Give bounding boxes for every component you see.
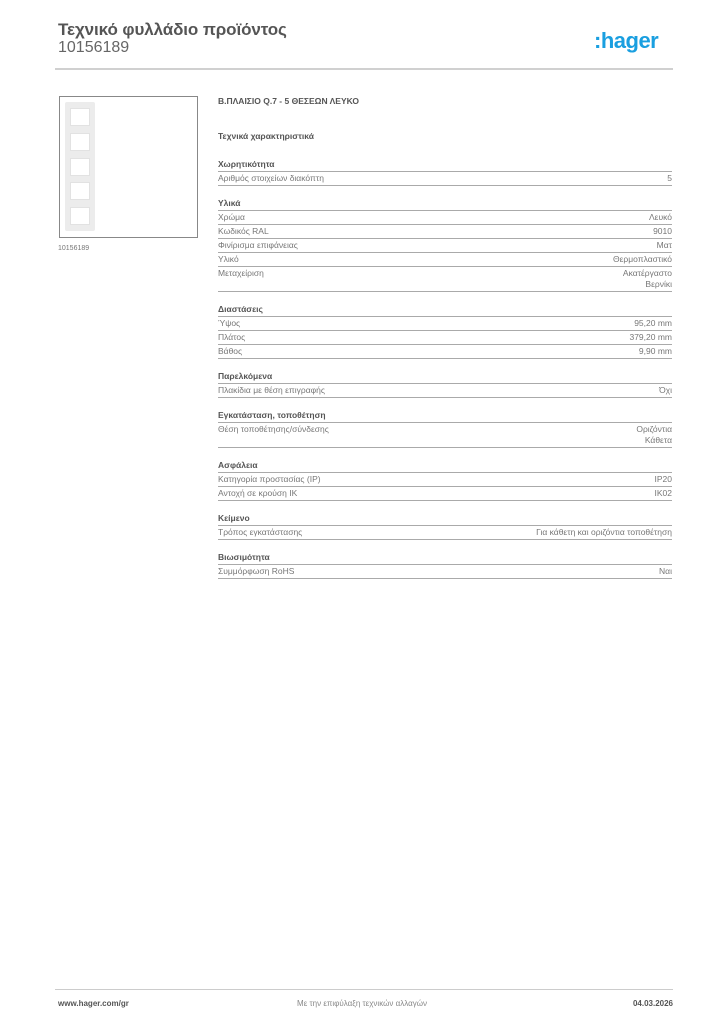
section-title: Υλικά: [218, 198, 672, 211]
image-caption: 10156189: [58, 245, 89, 252]
frame-slot: [70, 182, 90, 200]
footer-divider: [55, 989, 673, 990]
spec-label: Φινίρισμα επιφάνειας: [218, 240, 657, 251]
frame-slot: [70, 158, 90, 176]
spec-value: Θερμοπλαστικό: [613, 254, 672, 265]
spec-value: IP20: [655, 474, 673, 485]
spec-label: Βάθος: [218, 346, 639, 357]
product-image: [59, 96, 198, 238]
spec-section: ΔιαστάσειςΎψος95,20 mmΠλάτος379,20 mmΒάθ…: [218, 304, 672, 359]
spec-section: ΥλικάΧρώμαΛευκόΚωδικός RAL9010Φινίρισμα …: [218, 198, 672, 292]
spec-label: Αριθμός στοιχείων διακόπτη: [218, 173, 667, 184]
spec-row: ΧρώμαΛευκό: [218, 211, 672, 225]
spec-row: ΥλικόΘερμοπλαστικό: [218, 253, 672, 267]
switch-frame-icon: [65, 102, 95, 231]
hager-logo: :hager: [594, 28, 658, 54]
spec-value: 379,20 mm: [629, 332, 672, 343]
frame-slot: [70, 133, 90, 151]
spec-value: Ακατέργαστο Βερνίκι: [623, 268, 672, 290]
spec-label: Κατηγορία προστασίας (IP): [218, 474, 655, 485]
spec-label: Χρώμα: [218, 212, 649, 223]
spec-label: Πλακίδια με θέση επιγραφής: [218, 385, 659, 396]
spec-value: Οριζόντια Κάθετα: [636, 424, 672, 446]
spec-label: Θέση τοποθέτησης/σύνδεσης: [218, 424, 636, 446]
spec-section: ΒιωσιμότηταΣυμμόρφωση RoHSΝαι: [218, 552, 672, 579]
product-name: Β.ΠΛΑΙΣΙΟ Q.7 - 5 ΘΕΣΕΩΝ ΛΕΥΚΟ: [218, 96, 672, 108]
spec-row: Βάθος9,90 mm: [218, 345, 672, 359]
spec-label: Μεταχείριση: [218, 268, 623, 290]
spec-section: ΠαρελκόμεναΠλακίδια με θέση επιγραφήςΌχι: [218, 371, 672, 398]
section-title: Ασφάλεια: [218, 460, 672, 473]
spec-row: ΜεταχείρισηΑκατέργαστο Βερνίκι: [218, 267, 672, 292]
spec-label: Πλάτος: [218, 332, 629, 343]
frame-slot: [70, 207, 90, 225]
spec-value: Για κάθετη και οριζόντια τοποθέτηση: [536, 527, 672, 538]
spec-row: Τρόπος εγκατάστασηςΓια κάθετη και οριζόν…: [218, 526, 672, 540]
spec-value: Ναι: [659, 566, 672, 577]
spec-section: ΧωρητικότηταΑριθμός στοιχείων διακόπτη5: [218, 159, 672, 186]
spec-row: Κωδικός RAL9010: [218, 225, 672, 239]
spec-value: Όχι: [659, 385, 672, 396]
spec-section: ΑσφάλειαΚατηγορία προστασίας (IP)IP20Αντ…: [218, 460, 672, 501]
spec-label: Συμμόρφωση RoHS: [218, 566, 659, 577]
section-title: Βιωσιμότητα: [218, 552, 672, 565]
spec-value: 9010: [653, 226, 672, 237]
spec-row: Αριθμός στοιχείων διακόπτη5: [218, 172, 672, 186]
footer-disclaimer: Με την επιφύλαξη τεχνικών αλλαγών: [0, 999, 724, 1008]
spec-section: ΚείμενοΤρόπος εγκατάστασηςΓια κάθετη και…: [218, 513, 672, 540]
section-title: Εγκατάσταση, τοποθέτηση: [218, 410, 672, 423]
spec-section: Εγκατάσταση, τοποθέτησηΘέση τοποθέτησης/…: [218, 410, 672, 448]
frame-slot: [70, 108, 90, 126]
spec-value: Λευκό: [649, 212, 672, 223]
section-title: Παρελκόμενα: [218, 371, 672, 384]
spec-label: Ύψος: [218, 318, 634, 329]
spec-row: Θέση τοποθέτησης/σύνδεσηςΟριζόντια Κάθετ…: [218, 423, 672, 448]
spec-value: 5: [667, 173, 672, 184]
spec-row: Πλάτος379,20 mm: [218, 331, 672, 345]
spec-label: Αντοχή σε κρούση IK: [218, 488, 655, 499]
spec-sections: ΧωρητικότηταΑριθμός στοιχείων διακόπτη5Υ…: [218, 159, 672, 579]
tech-specs-heading: Τεχνικά χαρακτηριστικά: [218, 131, 672, 143]
spec-value: 9,90 mm: [639, 346, 672, 357]
spec-row: Κατηγορία προστασίας (IP)IP20: [218, 473, 672, 487]
spec-value: Ματ: [657, 240, 672, 251]
section-title: Κείμενο: [218, 513, 672, 526]
section-title: Χωρητικότητα: [218, 159, 672, 172]
header-divider: [55, 68, 673, 70]
spec-row: Πλακίδια με θέση επιγραφήςΌχι: [218, 384, 672, 398]
spec-row: Φινίρισμα επιφάνειαςΜατ: [218, 239, 672, 253]
spec-value: 95,20 mm: [634, 318, 672, 329]
spec-value: IK02: [655, 488, 673, 499]
spec-label: Κωδικός RAL: [218, 226, 653, 237]
spec-row: Συμμόρφωση RoHSΝαι: [218, 565, 672, 579]
spec-content: Β.ΠΛΑΙΣΙΟ Q.7 - 5 ΘΕΣΕΩΝ ΛΕΥΚΟ Τεχνικά χ…: [218, 96, 672, 591]
spec-label: Τρόπος εγκατάστασης: [218, 527, 536, 538]
section-title: Διαστάσεις: [218, 304, 672, 317]
footer-date: 04.03.2026: [633, 999, 673, 1008]
product-code: 10156189: [58, 39, 129, 57]
document-title: Τεχνικό φυλλάδιο προϊόντος: [58, 20, 287, 40]
spec-label: Υλικό: [218, 254, 613, 265]
spec-row: Αντοχή σε κρούση IKIK02: [218, 487, 672, 501]
spec-row: Ύψος95,20 mm: [218, 317, 672, 331]
